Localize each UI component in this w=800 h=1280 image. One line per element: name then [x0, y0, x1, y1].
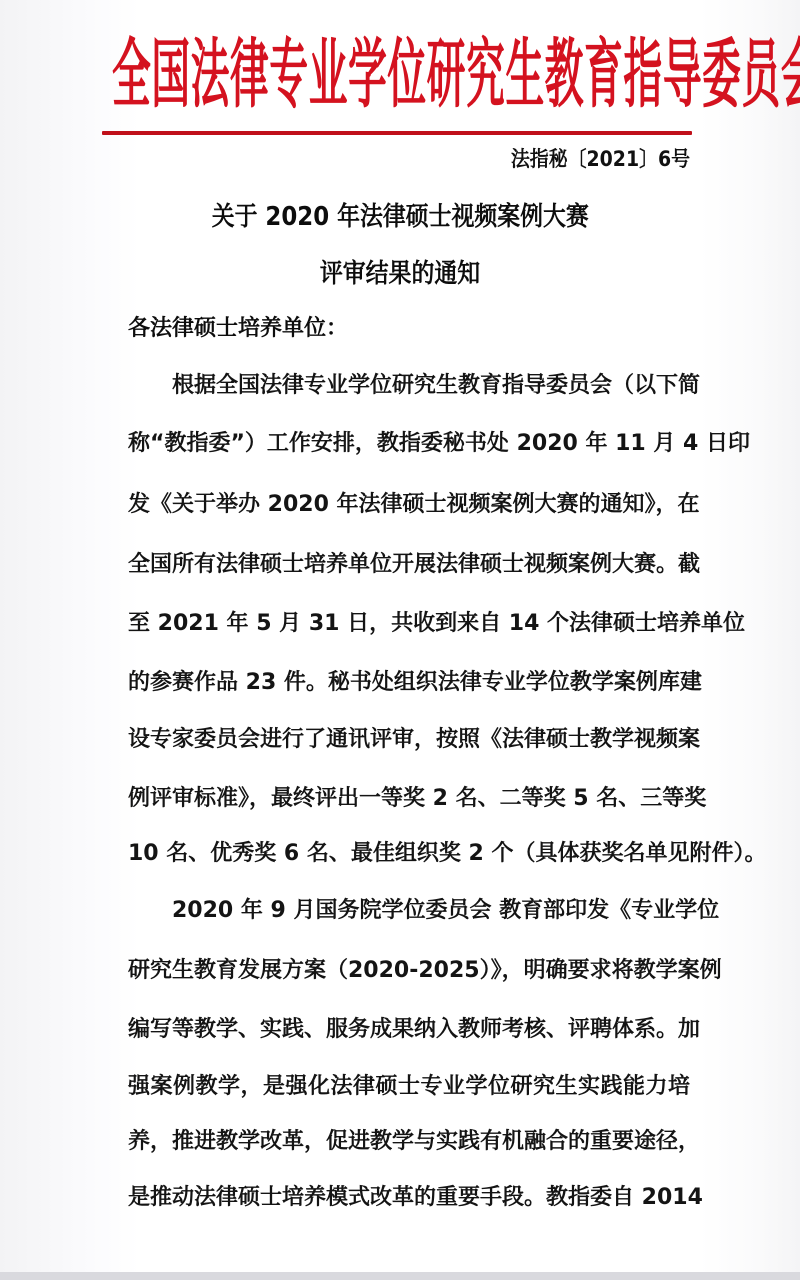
bottom-edge-strip — [0, 1272, 800, 1280]
body-line: 至 2021 年 5 月 31 日，共收到来自 14 个法律硕士培养单位 — [128, 609, 690, 639]
headline-line-2: 评审结果的通知 — [0, 253, 800, 290]
body-line: 是推动法律硕士培养模式改革的重要手段。教指委自 2014 — [128, 1183, 690, 1213]
body-line: 编写等教学、实践、服务成果纳入教师考核、评聘体系。加 — [128, 1015, 690, 1045]
body-line: 养，推进教学改革，促进教学与实践有机融合的重要途径， — [128, 1127, 690, 1157]
headline-line-1: 关于 2020 年法律硕士视频案例大赛 — [0, 196, 800, 233]
body-line: 强案例教学，是强化法律硕士专业学位研究生实践能力培 — [128, 1072, 690, 1102]
body-line: 称“教指委”）工作安排，教指委秘书处 2020 年 11 月 4 日印 — [128, 429, 690, 459]
body-line: 发《关于举办 2020 年法律硕士视频案例大赛的通知》，在 — [128, 490, 690, 520]
body-line: 根据全国法律专业学位研究生教育指导委员会（以下简 — [172, 371, 690, 401]
salutation: 各法律硕士培养单位： — [128, 311, 348, 342]
body-line: 2020 年 9 月国务院学位委员会 教育部印发《专业学位 — [172, 896, 690, 926]
headline-line-1-text: 关于 2020 年法律硕士视频案例大赛 — [211, 196, 588, 233]
red-header-divider — [102, 131, 692, 135]
issuing-organization-title: 全国法律专业学位研究生教育指导委员会 — [112, 19, 487, 132]
body-line: 例评审标准》，最终评出一等奖 2 名、二等奖 5 名、三等奖 — [128, 784, 690, 814]
body-line: 的参赛作品 23 件。秘书处组织法律专业学位教学案例库建 — [128, 668, 690, 698]
body-line: 研究生教育发展方案（2020-2025）》，明确要求将教学案例 — [128, 956, 690, 986]
headline-line-2-text: 评审结果的通知 — [320, 253, 480, 290]
document-page: 全国法律专业学位研究生教育指导委员会 法指秘〔2021〕6号 关于 2020 年… — [0, 0, 800, 1272]
body-line: 全国所有法律硕士培养单位开展法律硕士视频案例大赛。截 — [128, 550, 690, 580]
body-line: 设专家委员会进行了通讯评审，按照《法律硕士教学视频案 — [128, 725, 690, 755]
body-line: 10 名、优秀奖 6 名、最佳组织奖 2 个（具体获奖名单见附件）。 — [128, 839, 690, 869]
document-number: 法指秘〔2021〕6号 — [511, 143, 690, 173]
